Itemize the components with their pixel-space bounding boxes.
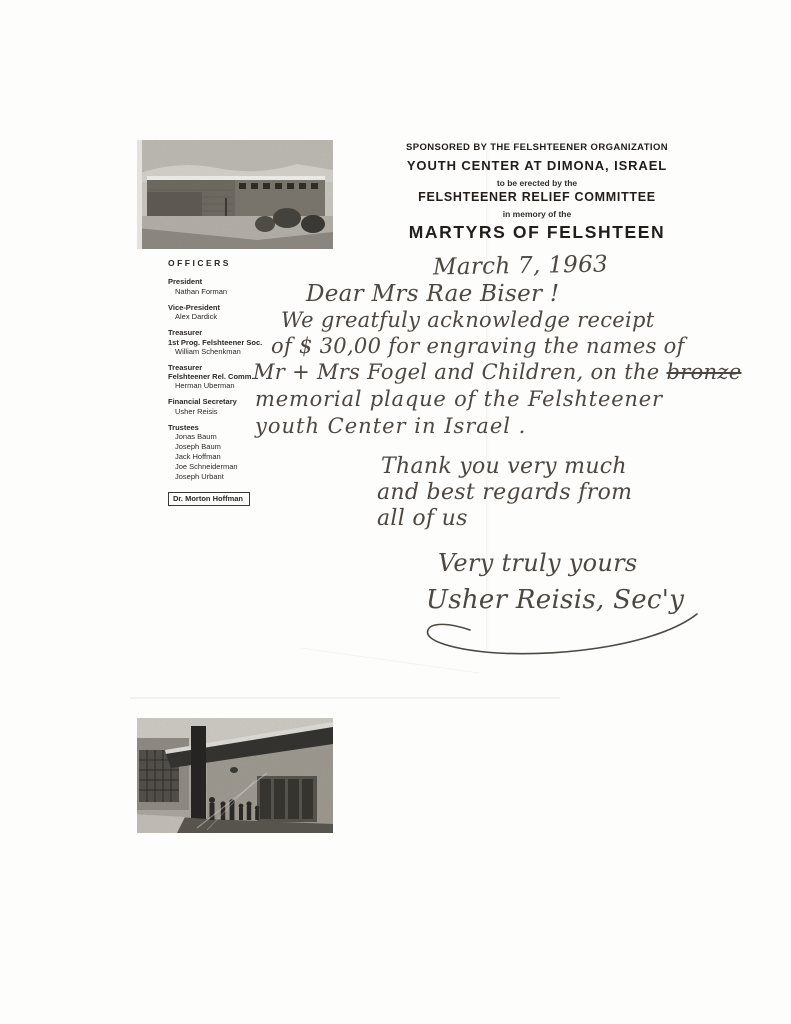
scanned-letter-page: SPONSORED BY THE FELSHTEENER ORGANIZATIO… bbox=[0, 0, 791, 1024]
letterhead-martyrs-line: MARTYRS OF FELSHTEEN bbox=[403, 222, 671, 243]
letter-body-line-2: of $ 30,00 for engraving the names of bbox=[271, 334, 685, 358]
letter-thanks-line-2: and best regards from bbox=[377, 480, 632, 505]
letterhead-erected-line: to be erected by the bbox=[403, 178, 671, 188]
letter-body-line-3: Mr + Mrs Fogel and Children, on the bron… bbox=[253, 360, 741, 384]
trustee-name: Joe Schneiderman bbox=[168, 462, 298, 472]
letter-body-line-3-text: Mr + Mrs Fogel and Children, on the bbox=[253, 360, 667, 384]
letterhead-sponsor-line: SPONSORED BY THE FELSHTEENER ORGANIZATIO… bbox=[403, 142, 671, 153]
letter-date: March 7, 1963 bbox=[433, 251, 608, 280]
letterhead-committee-line: FELSHTEENER RELIEF COMMITTEE bbox=[403, 190, 671, 204]
entrance-photo-illustration bbox=[137, 718, 333, 833]
letter-body-line-1: We greatfuly acknowledge receipt bbox=[281, 308, 655, 332]
building-photo-illustration bbox=[137, 140, 333, 249]
trustee-name: Joseph Baum bbox=[168, 442, 298, 452]
letterhead-memory-line: in memory of the bbox=[403, 209, 671, 219]
letterhead-title: YOUTH CENTER AT DIMONA, ISRAEL bbox=[403, 158, 671, 173]
letterhead: SPONSORED BY THE FELSHTEENER ORGANIZATIO… bbox=[403, 142, 671, 243]
trustee-name: Joseph Urbant bbox=[168, 472, 298, 482]
officer-role: President bbox=[168, 277, 298, 287]
trustee-name: Jack Hoffman bbox=[168, 452, 298, 462]
youth-center-photo-bottom bbox=[137, 718, 333, 833]
letter-salutation: Dear Mrs Rae Biser ! bbox=[306, 281, 559, 307]
officers-header: OFFICERS bbox=[168, 258, 298, 268]
signature-flourish bbox=[415, 610, 705, 660]
letter-body-line-5: youth Center in Israel . bbox=[255, 414, 526, 438]
officer-group-vice-president: Vice-President Alex Dardick bbox=[168, 303, 298, 323]
youth-center-photo-top bbox=[137, 140, 333, 249]
officer-name: Nathan Forman bbox=[168, 287, 298, 297]
officer-name: Alex Dardick bbox=[168, 312, 298, 322]
letter-thanks-line-1: Thank you very much bbox=[381, 454, 627, 479]
officer-group-president: President Nathan Forman bbox=[168, 277, 298, 297]
boxed-member-name: Dr. Morton Hoffman bbox=[168, 492, 250, 506]
scan-crease-horizontal bbox=[130, 697, 560, 699]
letter-closing: Very truly yours bbox=[438, 549, 637, 577]
letter-thanks-line-3: all of us bbox=[377, 506, 468, 531]
officer-role: Vice-President bbox=[168, 303, 298, 313]
struck-word: bronze bbox=[667, 360, 742, 384]
letter-body-line-4: memorial plaque of the Felshteener bbox=[255, 387, 663, 411]
